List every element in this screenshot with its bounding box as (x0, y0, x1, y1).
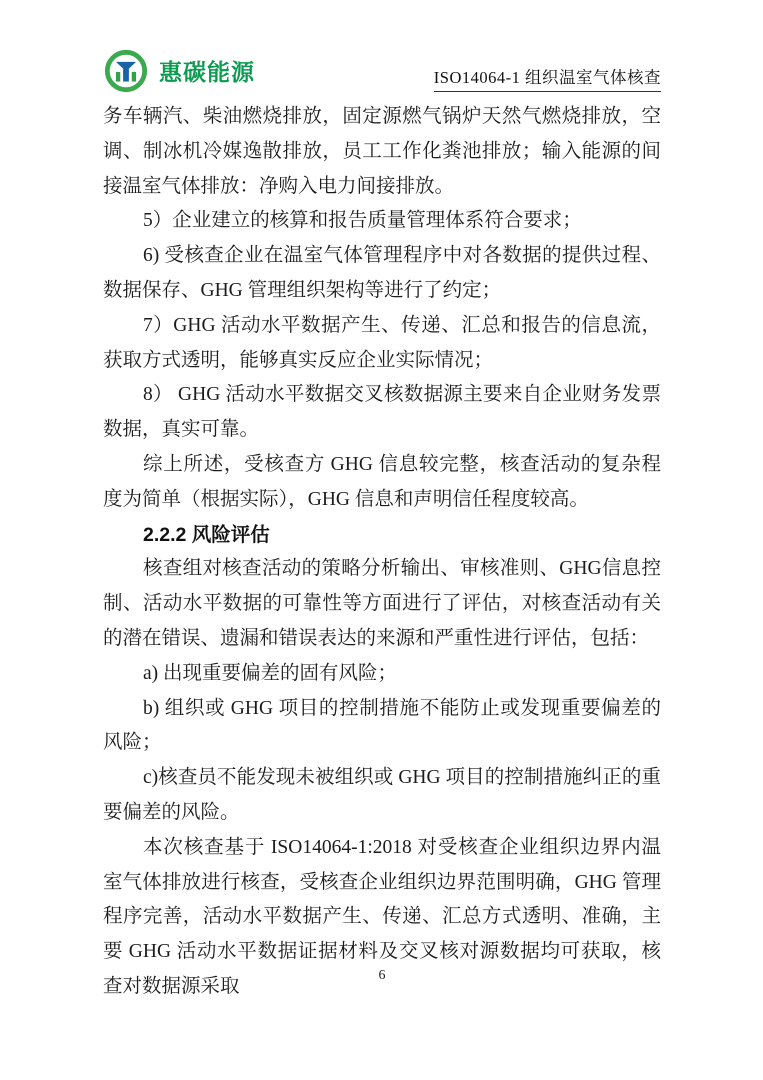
page-number: 6 (379, 968, 386, 983)
page-footer: 6 (103, 968, 661, 984)
list-item-5: 5）企业建立的核算和报告质量管理体系符合要求； (103, 204, 661, 239)
document-body: 务车辆汽、柴油燃烧排放，固定源燃气锅炉天然气燃烧排放，空调、制冰机冷媒逸散排放，… (103, 100, 661, 1005)
list-item-7: 7）GHG 活动水平数据产生、传递、汇总和报告的信息流，获取方式透明，能够真实反… (103, 309, 661, 379)
risk-item-b: b) 组织或 GHG 项目的控制措施不能防止或发现重要偏差的风险； (103, 692, 661, 762)
para-risk-intro: 核查组对核查活动的策略分析输出、审核准则、GHG信息控制、活动水平数据的可靠性等… (103, 552, 661, 656)
brand-name: 惠碳能源 (159, 54, 255, 89)
document-header-title: ISO14064-1 组织温室气体核查 (434, 64, 661, 92)
brand: 惠碳能源 (103, 48, 255, 94)
para-continuation-emission-sources: 务车辆汽、柴油燃烧排放，固定源燃气锅炉天然气燃烧排放，空调、制冰机冷媒逸散排放，… (103, 100, 661, 204)
list-item-8: 8） GHG 活动水平数据交叉核数据源主要来自企业财务发票数据，真实可靠。 (103, 378, 661, 448)
brand-logo-icon (103, 48, 149, 94)
heading-risk-assessment: 2.2.2 风险评估 (103, 518, 661, 553)
para-summary: 综上所述，受核查方 GHG 信息较完整，核查活动的复杂程度为简单（根据实际），G… (103, 448, 661, 518)
risk-item-a: a) 出现重要偏差的固有风险； (103, 657, 661, 692)
document-page: 惠碳能源 ISO14064-1 组织温室气体核查 务车辆汽、柴油燃烧排放，固定源… (0, 0, 763, 1080)
list-item-6: 6) 受核查企业在温室气体管理程序中对各数据的提供过程、数据保存、GHG 管理组… (103, 239, 661, 309)
page-header: 惠碳能源 ISO14064-1 组织温室气体核查 (103, 42, 661, 94)
risk-item-c: c)核查员不能发现未被组织或 GHG 项目的控制措施纠正的重要偏差的风险。 (103, 761, 661, 831)
